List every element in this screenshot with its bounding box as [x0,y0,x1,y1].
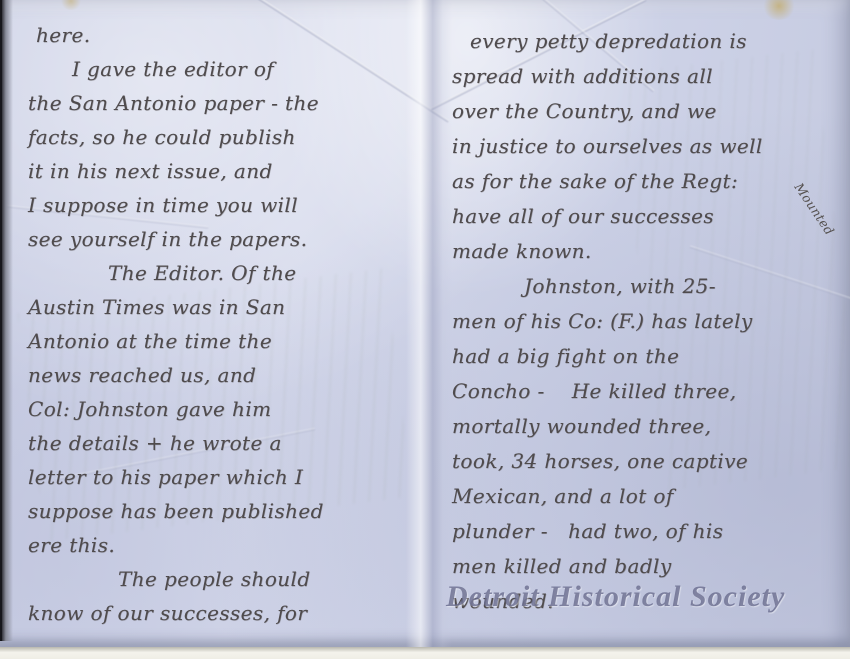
handwriting-line: had a big fight on the [452,339,850,374]
handwriting-line: mortally wounded three, [452,409,850,444]
handwriting-line: plunder - had two, of his [452,514,850,549]
handwriting-line: made known. [452,234,850,269]
handwriting-line: Antonio at the time the [28,324,426,358]
handwriting-line: every petty depredation is [452,24,850,59]
handwriting-line: it in his next issue, and [28,154,426,188]
handwriting-line: see yourself in the papers. [28,222,426,256]
handwriting-line: The Editor. Of the [28,256,426,290]
letter-photograph: here. I gave the editor of the San Anton… [0,0,850,659]
handwriting-line: men of his Co: (F.) has lately [452,304,850,339]
handwriting-line: here. [28,18,426,52]
handwriting-line: The people should [28,562,426,596]
handwriting-line: I suppose in time you will [28,188,426,222]
handwriting-line: have all of our successes [452,199,850,234]
letter-page-right: every petty depredation is spread with a… [452,24,850,619]
handwriting-line: Austin Times was in San [28,290,426,324]
handwriting-line: Mexican, and a lot of [452,479,850,514]
letter-paper: here. I gave the editor of the San Anton… [0,0,850,647]
letter-page-left: here. I gave the editor of the San Anton… [28,18,426,630]
paper-stain [762,0,796,20]
handwriting-line: Johnston, with 25- [452,269,850,304]
handwriting-line: news reached us, and [28,358,426,392]
handwriting-line: over the Country, and we [452,94,850,129]
handwriting-line: I gave the editor of [28,52,426,86]
handwriting-line: ere this. [28,528,426,562]
handwriting-line: the details + he wrote a [28,426,426,460]
handwriting-line: spread with additions all [452,59,850,94]
handwriting-line: facts, so he could publish [28,120,426,154]
handwriting-line: letter to his paper which I [28,460,426,494]
paper-edge [0,0,13,641]
paper-stain [60,0,82,10]
handwriting-line: Concho - He killed three, [452,374,850,409]
handwriting-line: men killed and badly [452,549,850,584]
handwriting-line: took, 34 horses, one captive [452,444,850,479]
handwriting-line: in justice to ourselves as well [452,129,850,164]
handwriting-line: suppose has been published [28,494,426,528]
handwriting-line: know of our successes, for [28,596,426,630]
handwriting-line: the San Antonio paper - the [28,86,426,120]
watermark: Detroit Historical Society [446,580,848,614]
photo-background-bottom [0,647,850,659]
handwriting-line: as for the sake of the Regt: [452,164,850,199]
handwriting-line: Col: Johnston gave him [28,392,426,426]
